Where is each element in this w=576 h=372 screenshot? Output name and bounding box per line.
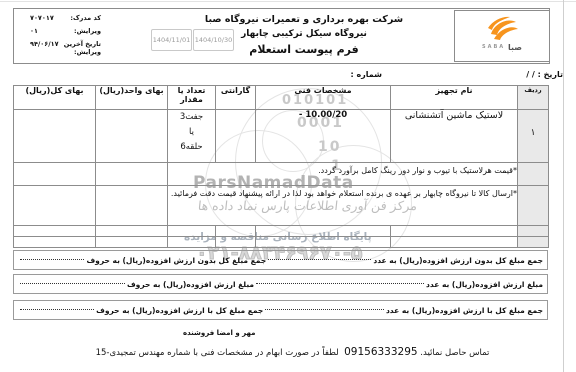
total-without-vat-words-label: جمع مبلغ کل بدون ارزش افزوده(ریال) به حر… [86,256,266,265]
note-text-2: تماس حاصل نمائید. [420,348,489,358]
unit-price-cell [96,163,168,186]
logo-text-fa: صبا [508,43,522,52]
total-with-vat-number-label: جمع مبلغ کل با ارزش افزوده(ریال) به عدد [386,306,543,315]
warranty-cell [216,110,256,163]
seller-signature-label: مهر و امضا فروشنده [183,329,255,337]
row-number-cell [518,226,549,237]
page-right-edge [563,0,564,372]
page-top-edge [0,1,576,2]
col-header-equipment-name: نام تجهیز [391,86,518,110]
last-revision-value: ۹۴/۰۶/۱۷ [30,40,59,56]
note-row: *قیمت هرلاستیک با تیوب و نوار دور رینگ ک… [14,163,549,186]
empty-cell [168,237,216,248]
date-field: تاریخ : / / [428,70,563,79]
total-without-vat-row: جمع مبلغ کل بدون ارزش افزوده(ریال) به عد… [13,250,548,270]
dotted-fill [268,258,371,260]
col-header-quantity: تعداد یا مقدار [168,86,216,110]
empty-cell [391,237,518,248]
technical-spec-cell: 10.00/20 - [256,110,391,163]
empty-cell [256,226,391,237]
quantity-line: 3جفت [180,112,203,122]
note-row: *ارسال کالا تا نیروگاه چابهار بر عهده ی … [14,186,549,226]
empty-cell [96,226,168,237]
total-with-vat-row: جمع مبلغ کل با ارزش افزوده(ریال) به عدد … [13,300,548,320]
form-title: فرم پیوست استعلام [164,43,444,56]
dotted-fill [20,282,125,284]
total-without-vat-number-label: جمع مبلغ کل بدون ارزش افزوده(ریال) به عد… [373,256,543,265]
contact-note: 15-لطفاً در صورت ابهام در مشخصات فنی با … [40,346,545,358]
row-number-cell [518,186,549,226]
vat-amount-row: مبلغ ارزش افزوده(ریال) به عدد مبلغ ارزش … [13,274,548,294]
vat-number-label: مبلغ ارزش افزوده(ریال) به عدد [426,280,543,289]
col-header-warranty: گارانتی [216,86,256,110]
row-number-cell [518,163,549,186]
plant-name: نیروگاه سیکل ترکیبی چابهار [164,29,444,39]
col-header-total-price: بهای کل(ریال) [14,86,96,110]
company-logo-box: صبا SABA [454,10,550,62]
quantity-line: 6حلقه [180,142,202,152]
table-header-row: ردیف نام تجهیز مشخصات فنی گارانتی تعداد … [14,86,549,110]
revision-label: ویرایش: [74,27,101,35]
table-row: ۱ لاستیک ماشین آتشنشانی 10.00/20 - 3جفت … [14,110,549,163]
col-header-row-number: ردیف [518,86,549,110]
unit-price-cell [96,110,168,163]
quantity-cell: 3جفت یا 6حلقه [168,110,216,163]
empty-row [14,226,549,237]
document-code-block: کد مدرک: ۷۰۷۰۱۷ ویرایش: ۰۱ تاریخ آخرین و… [30,14,101,61]
total-price-cell [14,186,96,226]
empty-cell [256,237,391,248]
row-number-cell: ۱ [518,110,549,163]
row-number: ۱ [518,110,548,138]
col-header-technical-specs: مشخصات فنی [256,86,391,110]
inquiry-items-table: ردیف نام تجهیز مشخصات فنی گارانتی تعداد … [13,85,549,248]
dotted-fill [20,258,84,260]
total-price-cell [14,163,96,186]
company-name: شرکت بهره برداری و تعمیرات نیروگاه صبا [164,14,444,25]
revision-value: ۰۱ [30,27,38,35]
dotted-fill [256,282,424,284]
contact-phone-number: 09156333295 [344,346,418,358]
total-price-cell [14,110,96,163]
equipment-name-cell: لاستیک ماشین آتشنشانی [391,110,518,163]
note-cell: *قیمت هرلاستیک با تیوب و نوار دور رینگ ک… [168,163,518,186]
header-titles: شرکت بهره برداری و تعمیرات نیروگاه صبا ن… [164,12,444,56]
dotted-fill [20,308,94,310]
total-with-vat-words-label: جمع مبلغ کل با ارزش افزوده(ریال) به حروف [96,306,263,315]
note-text-1: لطفاً در صورت ابهام در مشخصات فنی با شما… [109,348,338,358]
last-revision-label: تاریخ آخرین ویرایش: [59,40,101,56]
saba-logo-icon [485,14,519,44]
col-header-unit-price: بهای واحد(ریال) [96,86,168,110]
inquiry-form-page: 010101 0001 10 1 ParsNamadData مرکز فن آ… [0,0,576,372]
empty-cell [216,226,256,237]
saba-logo-wordmark: صبا SABA [455,44,549,52]
note-cell: *ارسال کالا تا نیروگاه چابهار بر عهده ی … [168,186,518,226]
logo-text-en: SABA [482,44,505,50]
empty-cell [391,226,518,237]
empty-cell [216,237,256,248]
empty-row [14,237,549,248]
doc-code-label: کد مدرک: [70,14,101,22]
empty-cell [14,226,96,237]
empty-cell [14,237,96,248]
unit-price-cell [96,186,168,226]
empty-cell [168,226,216,237]
quantity-line: یا [189,127,194,137]
row-number-cell [518,237,549,248]
dotted-fill [265,308,384,310]
vat-words-label: مبلغ ارزش افزوده(ریال) به حروف [127,280,254,289]
form-header: کد مدرک: ۷۰۷۰۱۷ ویرایش: ۰۱ تاریخ آخرین و… [13,8,550,64]
doc-code-value: ۷۰۷۰۱۷ [30,14,54,22]
number-field: شماره : [322,70,382,79]
note-number: 15- [96,348,110,358]
empty-cell [96,237,168,248]
